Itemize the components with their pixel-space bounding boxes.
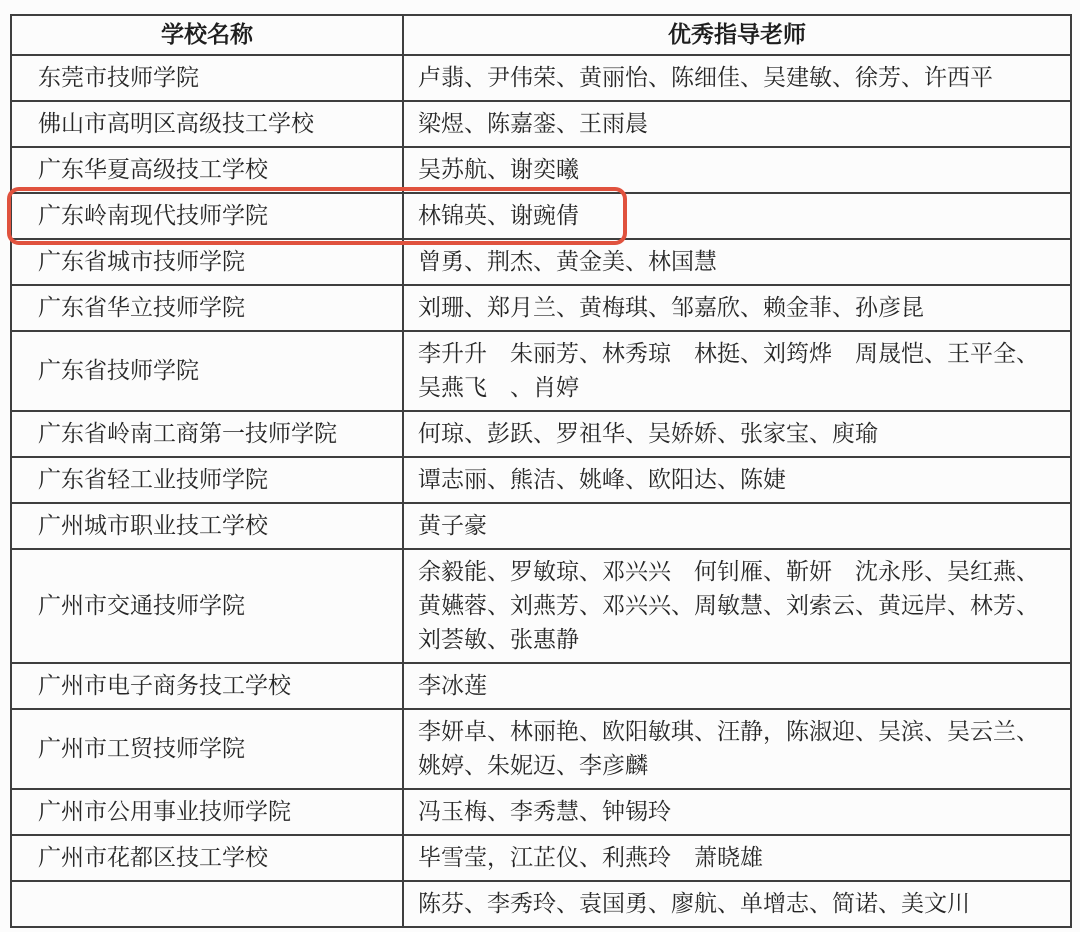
- school-cell: 广东省城市技师学院: [11, 239, 403, 285]
- table-row: 广东省岭南工商第一技师学院 何琼、彭跃、罗祖华、吴娇娇、张家宝、庾瑜: [11, 411, 1071, 457]
- school-table: 学校名称 优秀指导老师 东莞市技师学院 卢翡、尹伟荣、黄丽怡、陈细佳、吴建敏、徐…: [10, 14, 1072, 928]
- table-row: 广州市工贸技师学院 李妍卓、林丽艳、欧阳敏琪、汪静，陈淑迎、吴滨、吴云兰、姚婷、…: [11, 709, 1071, 789]
- school-cell: 佛山市高明区高级技工学校: [11, 101, 403, 147]
- table-row: 佛山市高明区高级技工学校 梁煜、陈嘉銮、王雨晨: [11, 101, 1071, 147]
- school-cell: 广州市花都区技工学校: [11, 835, 403, 881]
- teachers-cell: 李冰莲: [403, 663, 1071, 709]
- teachers-cell: 陈芬、李秀玲、袁国勇、廖航、单增志、简诺、美文川: [403, 881, 1071, 927]
- school-cell: 广东岭南现代技师学院: [11, 193, 403, 239]
- teachers-cell: 梁煜、陈嘉銮、王雨晨: [403, 101, 1071, 147]
- teachers-cell: 毕雪莹，江芷仪、利燕玲 萧晓雄: [403, 835, 1071, 881]
- school-cell: [11, 881, 403, 927]
- school-cell: 广州市公用事业技师学院: [11, 789, 403, 835]
- school-table-body: 东莞市技师学院 卢翡、尹伟荣、黄丽怡、陈细佳、吴建敏、徐芳、许西平 佛山市高明区…: [11, 55, 1071, 927]
- table-row: 广东省城市技师学院 曾勇、荆杰、黄金美、林国慧: [11, 239, 1071, 285]
- teachers-cell: 吴苏航、谢奕曦: [403, 147, 1071, 193]
- teachers-cell: 李升升 朱丽芳、林秀琼 林挺、刘筠烨 周晟恺、王平全、吴燕飞 、肖婷: [403, 331, 1071, 411]
- school-cell: 广东省岭南工商第一技师学院: [11, 411, 403, 457]
- teachers-cell: 卢翡、尹伟荣、黄丽怡、陈细佳、吴建敏、徐芳、许西平: [403, 55, 1071, 101]
- document-page: 学校名称 优秀指导老师 东莞市技师学院 卢翡、尹伟荣、黄丽怡、陈细佳、吴建敏、徐…: [0, 0, 1080, 932]
- teachers-cell: 李妍卓、林丽艳、欧阳敏琪、汪静，陈淑迎、吴滨、吴云兰、姚婷、朱妮迈、李彦麟: [403, 709, 1071, 789]
- teachers-cell: 黄子豪: [403, 503, 1071, 549]
- school-cell: 广州市电子商务技工学校: [11, 663, 403, 709]
- table-row: 广州城市职业技工学校 黄子豪: [11, 503, 1071, 549]
- teachers-cell: 林锦英、谢豌倩: [403, 193, 1071, 239]
- school-cell: 广东省轻工业技师学院: [11, 457, 403, 503]
- teachers-cell: 刘珊、郑月兰、黄梅琪、邹嘉欣、赖金菲、孙彦昆: [403, 285, 1071, 331]
- table-header-school: 学校名称: [11, 15, 403, 55]
- teachers-cell: 冯玉梅、李秀慧、钟锡玲: [403, 789, 1071, 835]
- table-row: 广州市公用事业技师学院 冯玉梅、李秀慧、钟锡玲: [11, 789, 1071, 835]
- school-cell: 东莞市技师学院: [11, 55, 403, 101]
- teachers-cell: 何琼、彭跃、罗祖华、吴娇娇、张家宝、庾瑜: [403, 411, 1071, 457]
- table-row: 广东华夏高级技工学校 吴苏航、谢奕曦: [11, 147, 1071, 193]
- school-cell: 广州城市职业技工学校: [11, 503, 403, 549]
- table-row: 广州市交通技师学院 余毅能、罗敏琼、邓兴兴 何钊雁、靳妍 沈永彤、吴红燕、黄嬿蓉…: [11, 549, 1071, 663]
- school-cell: 广州市交通技师学院: [11, 549, 403, 663]
- teachers-cell: 余毅能、罗敏琼、邓兴兴 何钊雁、靳妍 沈永彤、吴红燕、黄嬿蓉、刘燕芳、邓兴兴、周…: [403, 549, 1071, 663]
- school-cell: 广州市工贸技师学院: [11, 709, 403, 789]
- table-header-teachers: 优秀指导老师: [403, 15, 1071, 55]
- table-row: 广东省轻工业技师学院 谭志丽、熊洁、姚峰、欧阳达、陈婕: [11, 457, 1071, 503]
- table-row: 广东省技师学院 李升升 朱丽芳、林秀琼 林挺、刘筠烨 周晟恺、王平全、吴燕飞 、…: [11, 331, 1071, 411]
- header-row: 学校名称 优秀指导老师: [11, 15, 1071, 55]
- table-row: 广州市花都区技工学校 毕雪莹，江芷仪、利燕玲 萧晓雄: [11, 835, 1071, 881]
- teachers-cell: 曾勇、荆杰、黄金美、林国慧: [403, 239, 1071, 285]
- table-row: 陈芬、李秀玲、袁国勇、廖航、单增志、简诺、美文川: [11, 881, 1071, 927]
- school-cell: 广东省华立技师学院: [11, 285, 403, 331]
- table-row: 广东省华立技师学院 刘珊、郑月兰、黄梅琪、邹嘉欣、赖金菲、孙彦昆: [11, 285, 1071, 331]
- table-row: 东莞市技师学院 卢翡、尹伟荣、黄丽怡、陈细佳、吴建敏、徐芳、许西平: [11, 55, 1071, 101]
- table-row: 广东岭南现代技师学院 林锦英、谢豌倩: [11, 193, 1071, 239]
- table-row: 广州市电子商务技工学校 李冰莲: [11, 663, 1071, 709]
- teachers-cell: 谭志丽、熊洁、姚峰、欧阳达、陈婕: [403, 457, 1071, 503]
- school-cell: 广东省技师学院: [11, 331, 403, 411]
- school-cell: 广东华夏高级技工学校: [11, 147, 403, 193]
